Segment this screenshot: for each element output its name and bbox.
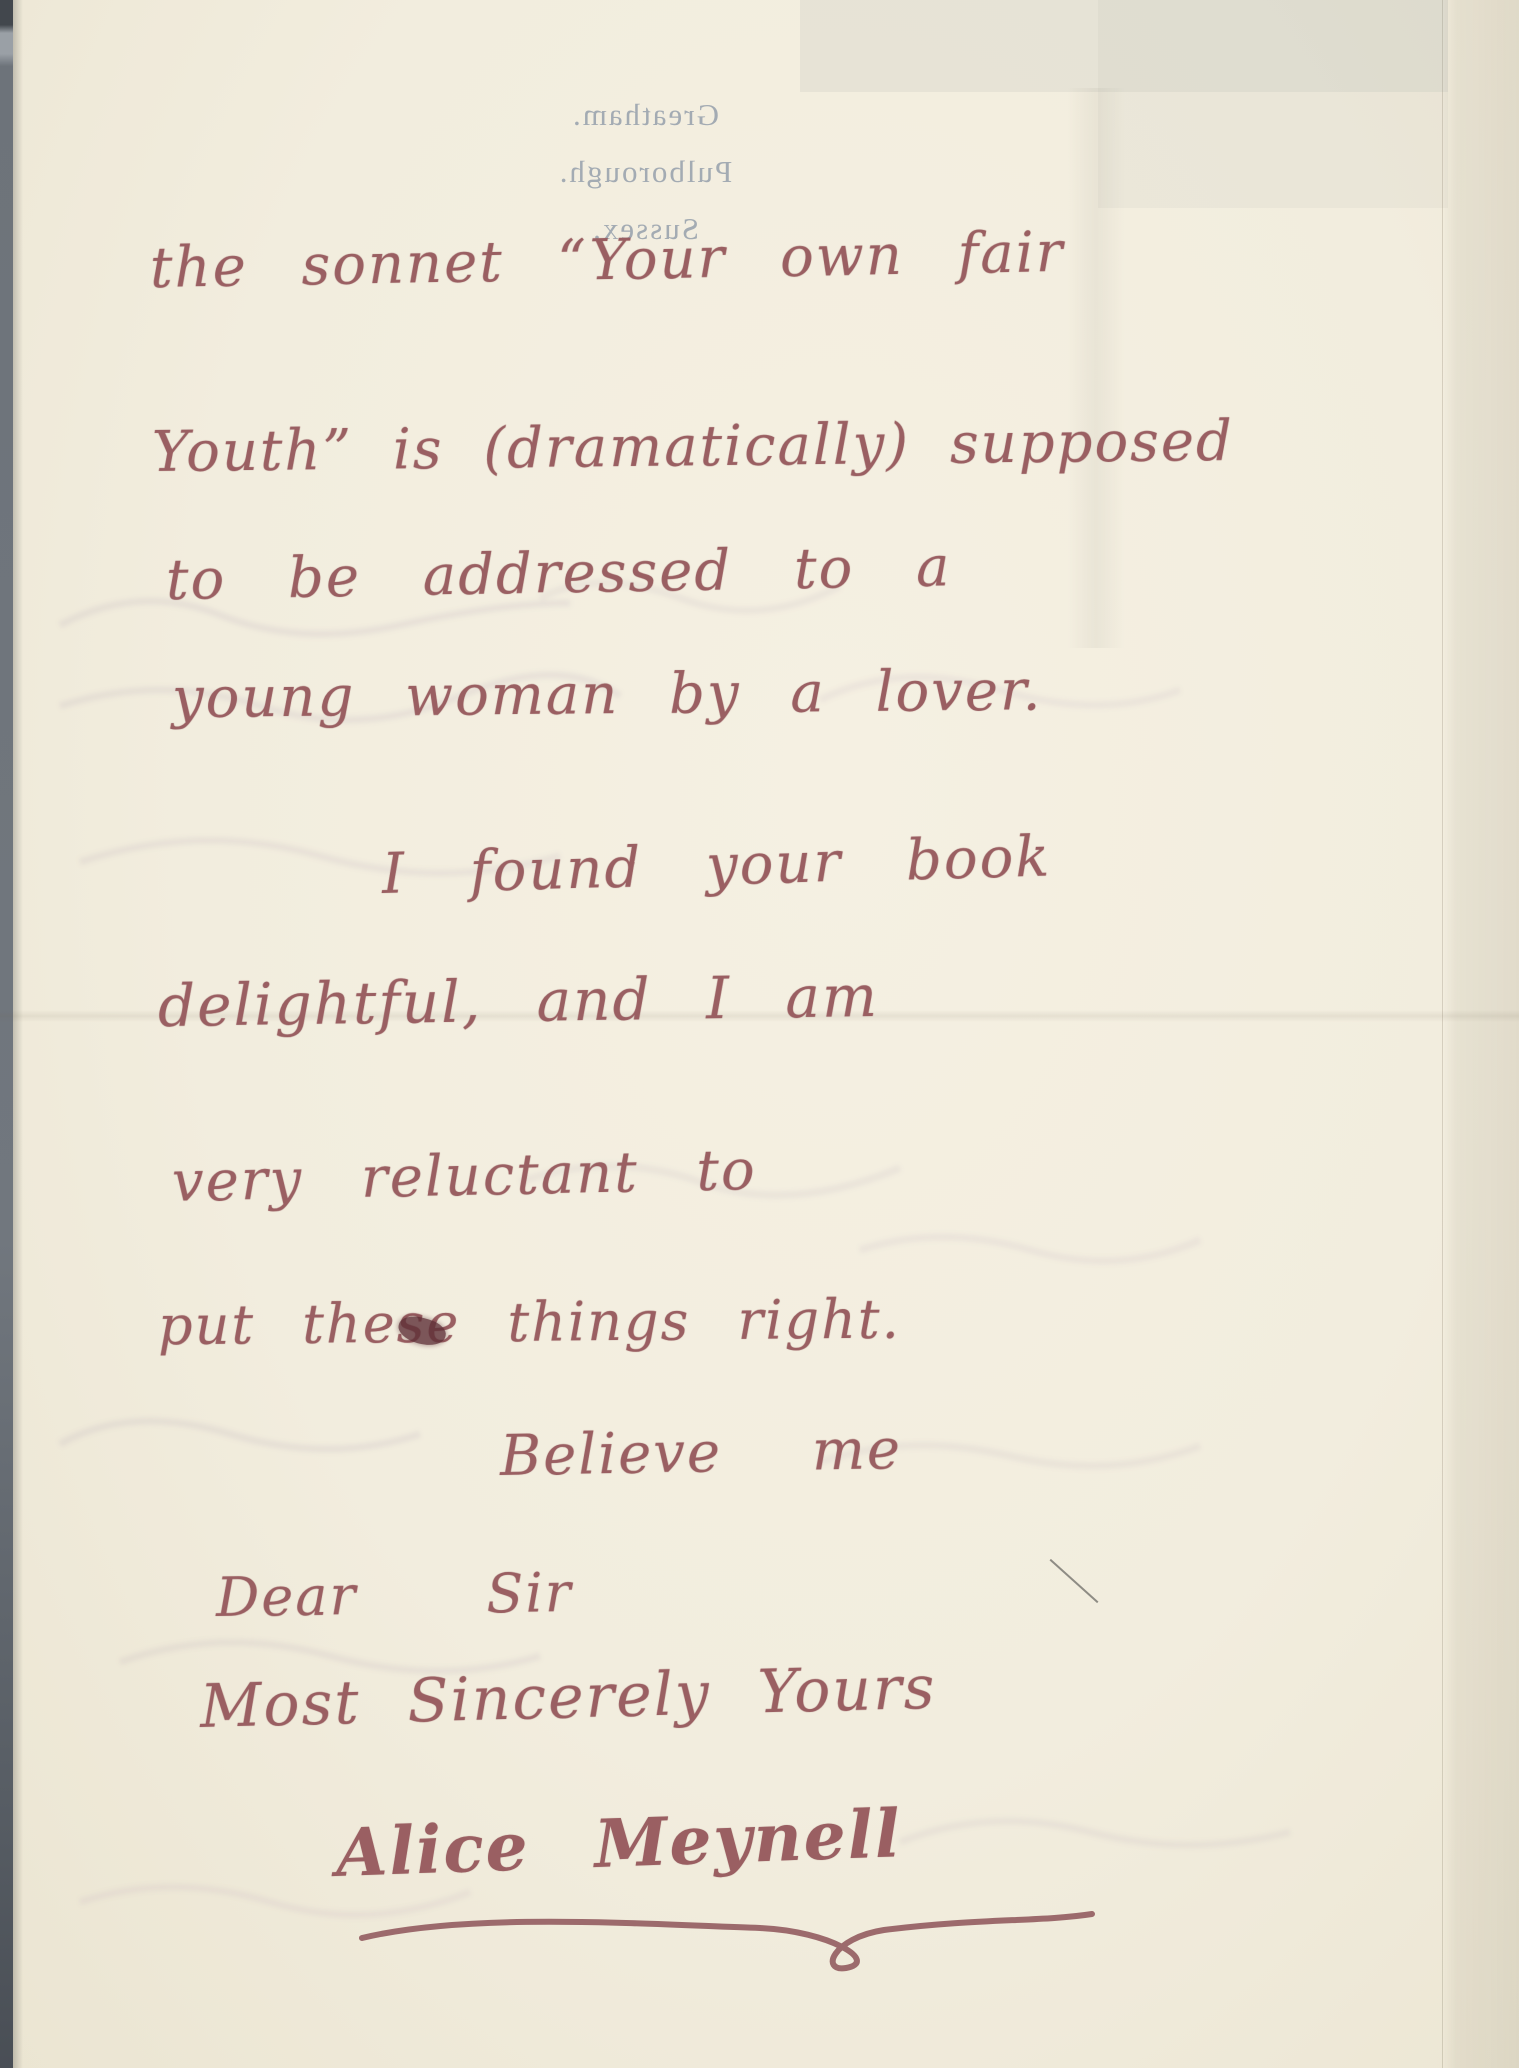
- manuscript-line-11: Most Sincerely Yours: [199, 1653, 937, 1742]
- manuscript-line-7: very reluctant to: [171, 1138, 757, 1215]
- top-right-shade-2: [1098, 0, 1448, 208]
- stray-pen-mark: [1050, 1559, 1099, 1603]
- letterhead-line-pulborough: Pulborough.: [430, 143, 860, 200]
- manuscript-line-10: Dear Sir: [216, 1561, 573, 1629]
- signature-alice-meynell: Alice Meynell: [335, 1794, 903, 1892]
- manuscript-line-3: to be addressed to a: [165, 534, 951, 613]
- manuscript-line-6: delightful, and I am: [158, 962, 880, 1040]
- manuscript-line-1: the sonnet “Your own fair: [149, 220, 1064, 301]
- paper-left-shadow: [13, 0, 23, 2068]
- manuscript-line-2: Youth” is (dramatically) supposed: [152, 409, 1235, 485]
- manuscript-line-4: young woman by a lover.: [172, 658, 1043, 731]
- scanned-letter-page: Greatham. Pulborough. Sussex. the sonnet…: [0, 0, 1519, 2068]
- manuscript-line-5: I found your book: [381, 824, 1052, 906]
- manuscript-line-8: put these things right.: [158, 1288, 901, 1357]
- manuscript-line-9: Believe me: [499, 1417, 902, 1489]
- next-sheet-edge: [1442, 0, 1519, 2068]
- fold-shadow-vertical: [1068, 88, 1124, 648]
- letterhead-line-greatham: Greatham.: [430, 86, 860, 143]
- scanner-bed-edge: [0, 0, 13, 2068]
